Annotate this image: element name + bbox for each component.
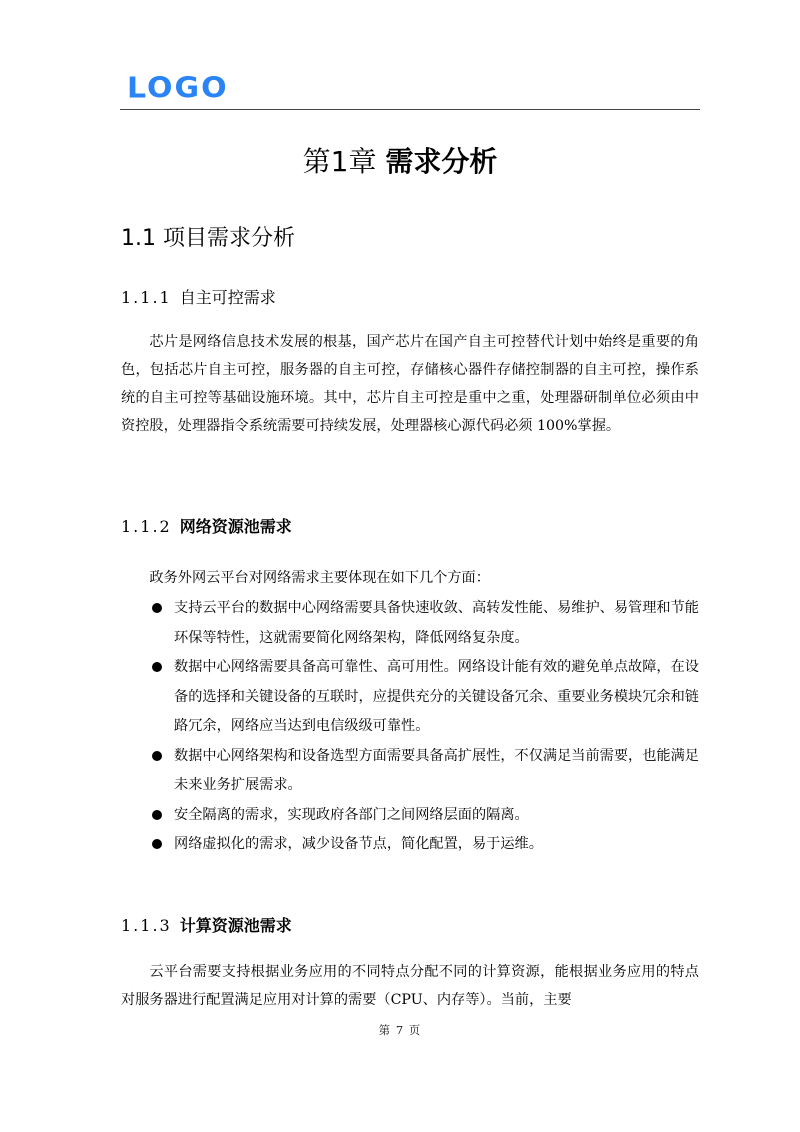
subsection-number: 1.1.2	[121, 517, 172, 536]
bullet-icon	[152, 603, 162, 613]
subsection-heading-1-1-1: 1.1.1自主可控需求	[121, 285, 276, 311]
bullet-icon	[152, 810, 162, 820]
subsection-number: 1.1.1	[121, 288, 172, 307]
subsection-title: 计算资源池需求	[180, 916, 292, 935]
subsection-heading-1-1-2: 1.1.2网络资源池需求	[121, 514, 292, 540]
list-item: 数据中心网络需要具备高可靠性、高可用性。网络设计能有效的避免单点故障，在设备的选…	[152, 653, 699, 742]
subsection-title: 自主可控需求	[180, 288, 276, 307]
list-item: 安全隔离的需求，实现政府各部门之间网络层面的隔离。	[152, 801, 699, 831]
subsection-title: 网络资源池需求	[180, 517, 292, 536]
list-item: 支持云平台的数据中心网络需要具备快速收敛、高转发性能、易维护、易管理和节能环保等…	[152, 594, 699, 653]
section-heading: 1.1 项目需求分析	[121, 222, 295, 256]
header-divider	[120, 109, 700, 110]
network-requirements-list: 支持云平台的数据中心网络需要具备快速收敛、高转发性能、易维护、易管理和节能环保等…	[152, 594, 699, 860]
page-number: 第 7 页	[0, 1022, 800, 1038]
bullet-icon	[152, 839, 162, 849]
list-item: 数据中心网络架构和设备选型方面需要具备高扩展性，不仅满足当前需要，也能满足未来业…	[152, 742, 699, 801]
bullet-icon	[152, 662, 162, 672]
subsection-heading-1-1-3: 1.1.3计算资源池需求	[121, 913, 292, 939]
chapter-number: 第1章	[303, 145, 377, 178]
logo: LOGO	[127, 74, 229, 104]
bullet-icon	[152, 751, 162, 761]
list-item: 网络虚拟化的需求，减少设备节点，简化配置，易于运维。	[152, 830, 699, 860]
network-intro: 政务外网云平台对网络需求主要体现在如下几个方面：	[121, 564, 699, 592]
paragraph-self-control: 芯片是网络信息技术发展的根基，国产芯片在国产自主可控替代计划中始终是重要的角色，…	[121, 328, 699, 440]
chapter-title: 第1章 需求分析	[0, 142, 800, 182]
chapter-title-text: 需求分析	[385, 145, 497, 178]
paragraph-compute: 云平台需要支持根据业务应用的不同特点分配不同的计算资源，能根据业务应用的特点对服…	[121, 958, 699, 1014]
section-title: 项目需求分析	[163, 226, 295, 251]
subsection-number: 1.1.3	[121, 916, 172, 935]
section-number: 1.1	[121, 226, 156, 251]
